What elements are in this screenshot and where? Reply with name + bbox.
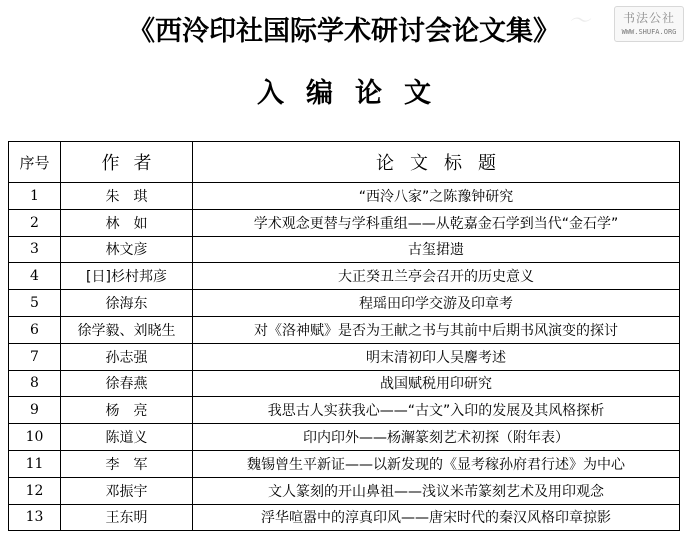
table-row: 4[日]杉村邦彦大正癸丑兰亭会召开的历史意义 — [9, 263, 680, 290]
row-author: 陈道义 — [61, 424, 193, 451]
row-number: 4 — [9, 263, 61, 290]
row-author: 李 军 — [61, 450, 193, 477]
row-number: 7 — [9, 343, 61, 370]
header-number: 序号 — [9, 142, 61, 183]
row-title: 我思古人实获我心——“古文”入印的发展及其风格探析 — [193, 397, 680, 424]
row-author: 徐海东 — [61, 290, 193, 317]
row-number: 12 — [9, 477, 61, 504]
row-author: [日]杉村邦彦 — [61, 263, 193, 290]
row-number: 5 — [9, 290, 61, 317]
row-author: 邓振宇 — [61, 477, 193, 504]
table-row: 8徐春燕战国赋税用印研究 — [9, 370, 680, 397]
row-title: 古玺捃遗 — [193, 236, 680, 263]
row-title: 明末清初印人吴麐考述 — [193, 343, 680, 370]
row-title: 浮华喧嚣中的淳真印风——唐宋时代的秦汉风格印章掠影 — [193, 504, 680, 531]
row-title: 魏锡曾生平新证——以新发现的《显考稼孙府君行述》为中心 — [193, 450, 680, 477]
header-number-label: 序号 — [19, 154, 49, 172]
header-title-label: 论文标题 — [376, 153, 512, 174]
table-row: 5徐海东程瑶田印学交游及印章考 — [9, 290, 680, 317]
table-row: 1朱 琪“西泠八家”之陈豫钟研究 — [9, 183, 680, 210]
table-header-row: 序号 作者 论文标题 — [9, 142, 680, 183]
row-title: 战国赋税用印研究 — [193, 370, 680, 397]
row-author: 林 如 — [61, 209, 193, 236]
row-author: 杨 亮 — [61, 397, 193, 424]
row-title: 程瑶田印学交游及印章考 — [193, 290, 680, 317]
table-row: 2林 如学术观念更替与学科重组——从乾嘉金石学到当代“金石学” — [9, 209, 680, 236]
row-title: 大正癸丑兰亭会召开的历史意义 — [193, 263, 680, 290]
header-author-label: 作者 — [102, 153, 166, 174]
row-author: 孙志强 — [61, 343, 193, 370]
table-row: 6徐学毅、刘晓生对《洛神赋》是否为王献之书与其前中后期书风演变的探讨 — [9, 316, 680, 343]
row-author: 林文彦 — [61, 236, 193, 263]
table-row: 3林文彦古玺捃遗 — [9, 236, 680, 263]
row-author: 朱 琪 — [61, 183, 193, 210]
row-author: 王东明 — [61, 504, 193, 531]
row-number: 13 — [9, 504, 61, 531]
row-author: 徐学毅、刘晓生 — [61, 316, 193, 343]
row-title: 印内印外——杨澥篆刻艺术初探（附年表） — [193, 424, 680, 451]
table-row: 10陈道义印内印外——杨澥篆刻艺术初探（附年表） — [9, 424, 680, 451]
papers-table: 序号 作者 论文标题 1朱 琪“西泠八家”之陈豫钟研究2林 如学术观念更替与学科… — [8, 141, 680, 531]
row-number: 1 — [9, 183, 61, 210]
header-title: 论文标题 — [193, 142, 680, 183]
row-number: 2 — [9, 209, 61, 236]
row-number: 6 — [9, 316, 61, 343]
row-number: 8 — [9, 370, 61, 397]
table-row: 7孙志强明末清初印人吴麐考述 — [9, 343, 680, 370]
table-row: 12邓振宇文人篆刻的开山鼻祖——浅议米芾篆刻艺术及用印观念 — [9, 477, 680, 504]
document-subtitle: 入编论文 — [0, 76, 688, 112]
row-number: 9 — [9, 397, 61, 424]
row-number: 3 — [9, 236, 61, 263]
row-title: “西泠八家”之陈豫钟研究 — [193, 183, 680, 210]
row-title: 对《洛神赋》是否为王献之书与其前中后期书风演变的探讨 — [193, 316, 680, 343]
row-title: 学术观念更替与学科重组——从乾嘉金石学到当代“金石学” — [193, 209, 680, 236]
table-row: 13王东明浮华喧嚣中的淳真印风——唐宋时代的秦汉风格印章掠影 — [9, 504, 680, 531]
table-row: 11李 军魏锡曾生平新证——以新发现的《显考稼孙府君行述》为中心 — [9, 450, 680, 477]
row-author: 徐春燕 — [61, 370, 193, 397]
header-author: 作者 — [61, 142, 193, 183]
row-number: 10 — [9, 424, 61, 451]
table-row: 9杨 亮我思古人实获我心——“古文”入印的发展及其风格探析 — [9, 397, 680, 424]
document-title: 《西泠印社国际学术研讨会论文集》 — [0, 14, 688, 50]
row-number: 11 — [9, 450, 61, 477]
row-title: 文人篆刻的开山鼻祖——浅议米芾篆刻艺术及用印观念 — [193, 477, 680, 504]
